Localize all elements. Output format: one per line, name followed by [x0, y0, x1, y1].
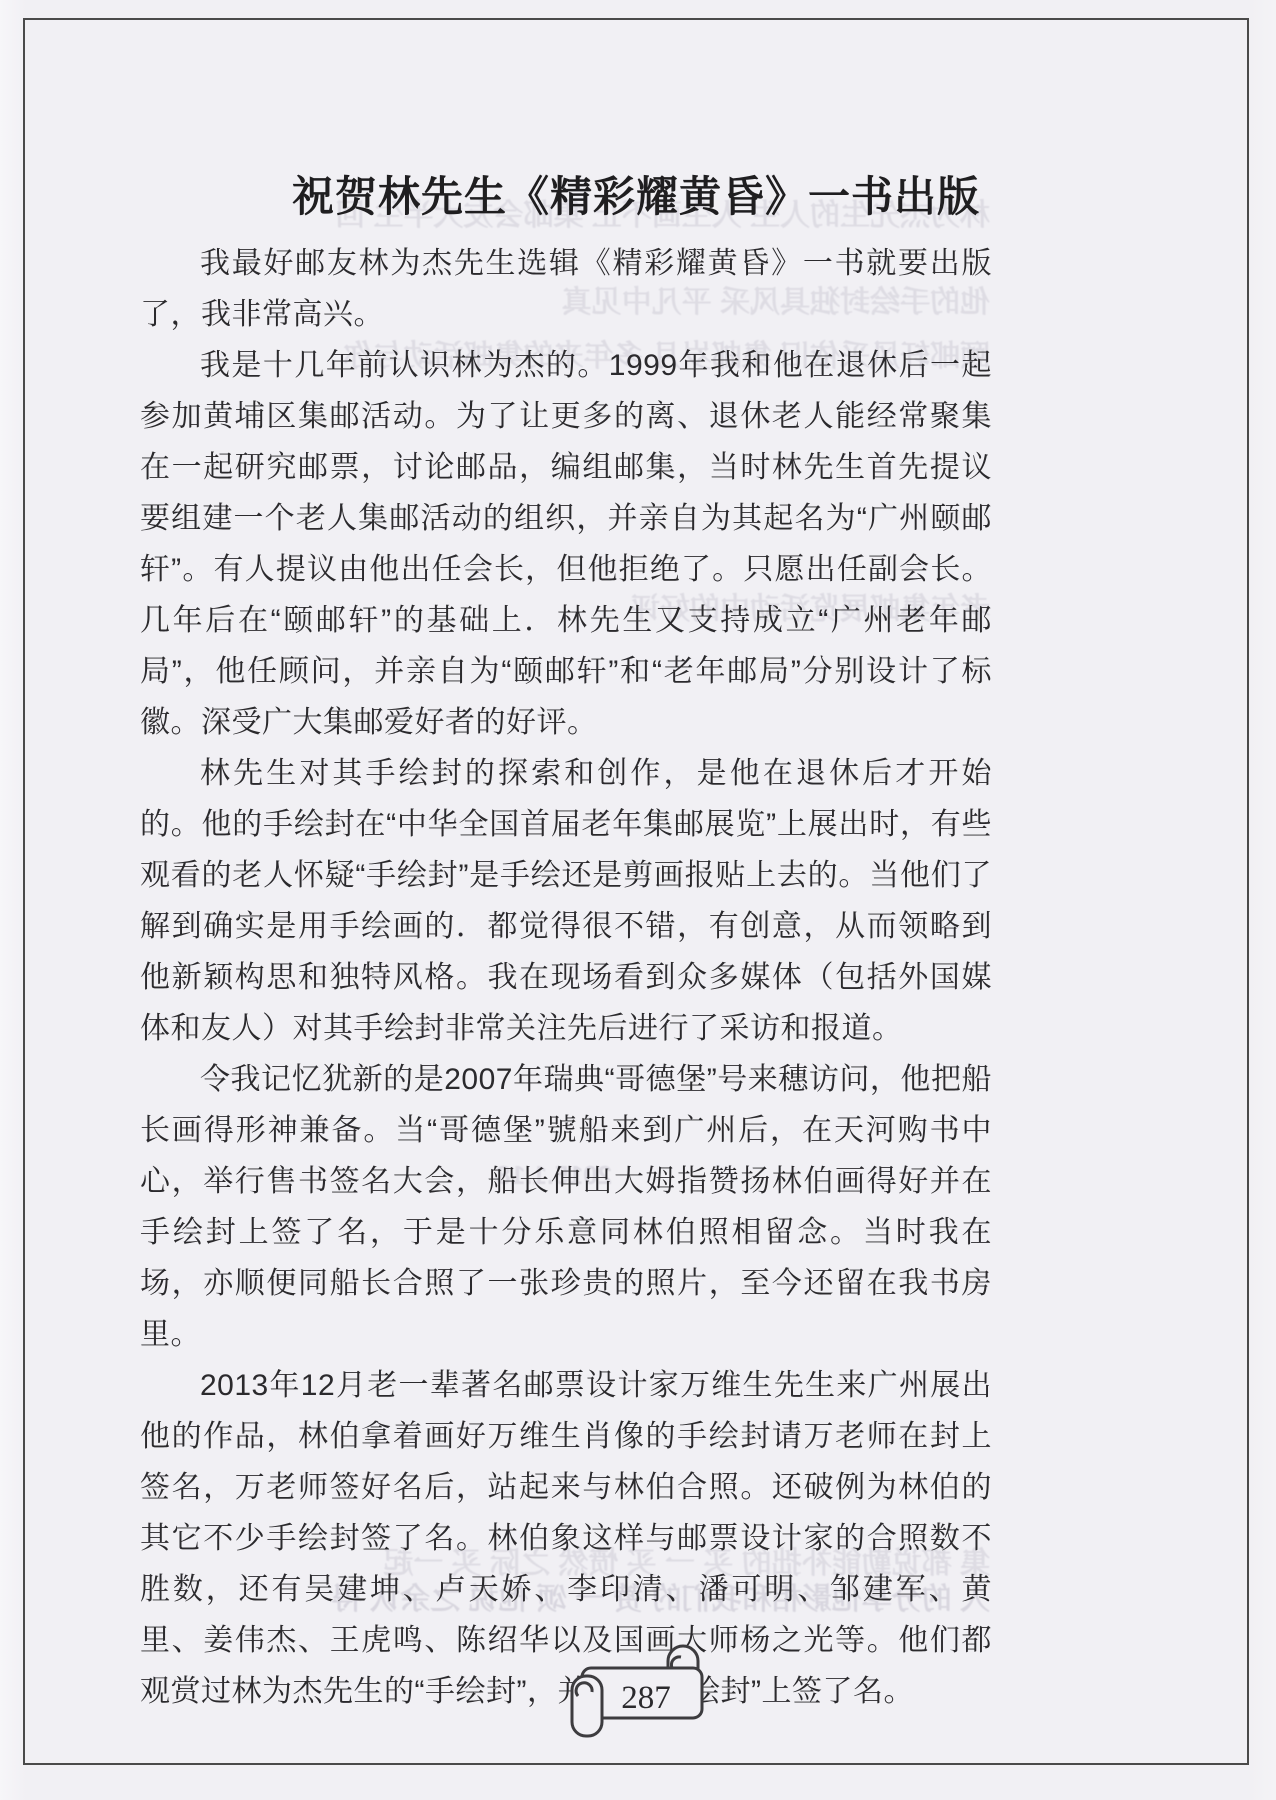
article-body: 我最好邮友林为杰先生选辑《精彩耀黄昏》一书就要出版了，我非常高兴。 我是十几年前… [140, 238, 992, 1717]
page-number-scroll: 287 [566, 1634, 716, 1744]
page-border-frame: 祝贺林先生《精彩耀黄昏》一书出版 我最好邮友林为杰先生选辑《精彩耀黄昏》一书就要… [23, 18, 1249, 1765]
paragraph: 我是十几年前认识林为杰的。1999年我和他在退休后一起参加黄埔区集邮活动。为了让… [140, 340, 992, 748]
paragraph: 林先生对其手绘封的探索和创作，是他在退休后才开始的。他的手绘封在“中华全国首届老… [140, 748, 992, 1054]
page-title: 祝贺林先生《精彩耀黄昏》一书出版 [25, 164, 1247, 224]
page-number: 287 [590, 1680, 702, 1717]
scanned-page: 林为杰先生的人生 人生画不止 集邮会友大半生 回 他的手绘封独具风采 平凡中见真… [0, 0, 1276, 1800]
paragraph: 令我记忆犹新的是2007年瑞典“哥德堡”号来穗访问，他把船长画得形神兼备。当“哥… [140, 1054, 992, 1360]
paragraph: 我最好邮友林为杰先生选辑《精彩耀黄昏》一书就要出版了，我非常高兴。 [140, 238, 992, 340]
